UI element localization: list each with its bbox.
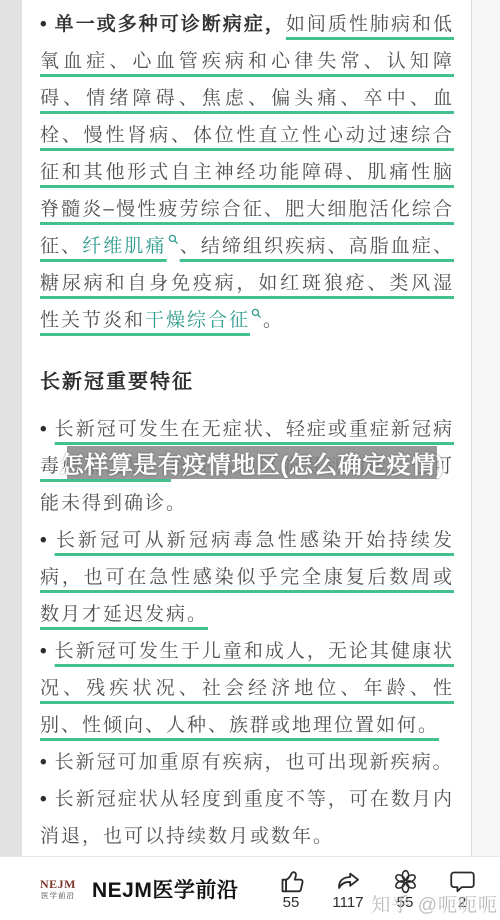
paragraph-lead: 单一或多种可诊断病症， — [55, 14, 286, 35]
bottom-action-bar: NEJM 医学前沿 NEJM医学前沿 55 1117 — [0, 856, 500, 920]
search-magnifier-icon — [168, 234, 179, 245]
publisher-logo-text: NEJM — [34, 878, 82, 890]
thumbs-up-icon — [278, 868, 305, 895]
feature-bullet: •长新冠症状从轻度到重度不等，可在数月内消退，也可以持续数月或数年。 — [40, 781, 454, 855]
publisher-logo-subtext: 医学前沿 — [34, 892, 82, 900]
flower-like-icon — [392, 868, 419, 895]
feature-bullet: •长新冠可发生于儿童和成人，无论其健康状况、残疾状况、社会经济地位、年龄、性别、… — [40, 633, 454, 744]
share-button[interactable]: 1117 — [326, 868, 370, 911]
comment-count: 2 — [458, 895, 466, 911]
feature-bullet: •长新冠可加重原有疾病，也可出现新疾病。 — [40, 744, 454, 781]
inline-link[interactable]: 长新冠可发生于儿童和成人，无论其健康状况、残疾状况、社会经济地位、年龄、性别、性… — [40, 641, 454, 736]
link-text: 如间质性肺病和低氧血症、心血管疾病和心律失常、认知障碍、情绪障碍、焦虑、偏头痛、… — [40, 14, 454, 257]
publisher-logo[interactable]: NEJM 医学前沿 — [34, 878, 82, 900]
feature-plain-text: 长新冠症状从轻度到重度不等，可在数月内消退，也可以持续数月或数年。 — [40, 789, 454, 847]
page: { "article": { "bullet_char": "•", "diag… — [0, 0, 500, 920]
bullet-marker: • — [40, 789, 49, 810]
right-gutter — [471, 0, 500, 856]
article-card: •单一或多种可诊断病症，如间质性肺病和低氧血症、心血管疾病和心律失常、认知障碍、… — [22, 0, 471, 856]
share-arrow-icon — [335, 868, 362, 895]
share-count: 1117 — [332, 895, 363, 911]
search-magnifier-icon — [251, 308, 262, 319]
action-buttons: 55 1117 55 — [269, 857, 484, 920]
bullet-marker: • — [40, 530, 49, 551]
overlay-title-band: 怎样算是有疫情地区(怎么确定疫情) — [67, 446, 437, 479]
bullet-marker: • — [40, 14, 49, 35]
favorite-button[interactable]: 55 — [383, 868, 427, 911]
sjogren-link[interactable]: 干燥综合征 — [145, 310, 250, 331]
diagnosable-conditions-paragraph: •单一或多种可诊断病症，如间质性肺病和低氧血症、心血管疾病和心律失常、认知障碍、… — [40, 6, 454, 339]
bullet-marker: • — [40, 641, 49, 662]
inline-link[interactable]: 如间质性肺病和低氧血症、心血管疾病和心律失常、认知障碍、情绪障碍、焦虑、偏头痛、… — [40, 14, 454, 331]
bullet-marker: • — [40, 752, 49, 773]
bullet-marker: • — [40, 419, 49, 440]
comment-button[interactable]: 2 — [440, 868, 484, 911]
section-heading: 长新冠重要特征 — [40, 369, 454, 395]
feature-bullet: •长新冠可从新冠病毒急性感染开始持续发病，也可在急性感染似乎完全康复后数周或数月… — [40, 522, 454, 633]
favorite-count: 55 — [397, 895, 414, 911]
like-count: 55 — [283, 895, 300, 911]
publisher-name[interactable]: NEJM医学前沿 — [92, 874, 238, 904]
feature-plain-text: 长新冠可加重原有疾病，也可出现新疾病。 — [55, 752, 454, 773]
inline-link[interactable]: 长新冠可从新冠病毒急性感染开始持续发病，也可在急性感染似乎完全康复后数周或数月才… — [40, 530, 454, 625]
like-button[interactable]: 55 — [269, 868, 313, 911]
fibromyalgia-link[interactable]: 纤维肌痛 — [82, 236, 166, 257]
comment-bubble-icon — [449, 868, 476, 895]
sentence-end: 。 — [263, 310, 284, 331]
overlay-title: 怎样算是有疫情地区(怎么确定疫情) — [60, 445, 444, 480]
